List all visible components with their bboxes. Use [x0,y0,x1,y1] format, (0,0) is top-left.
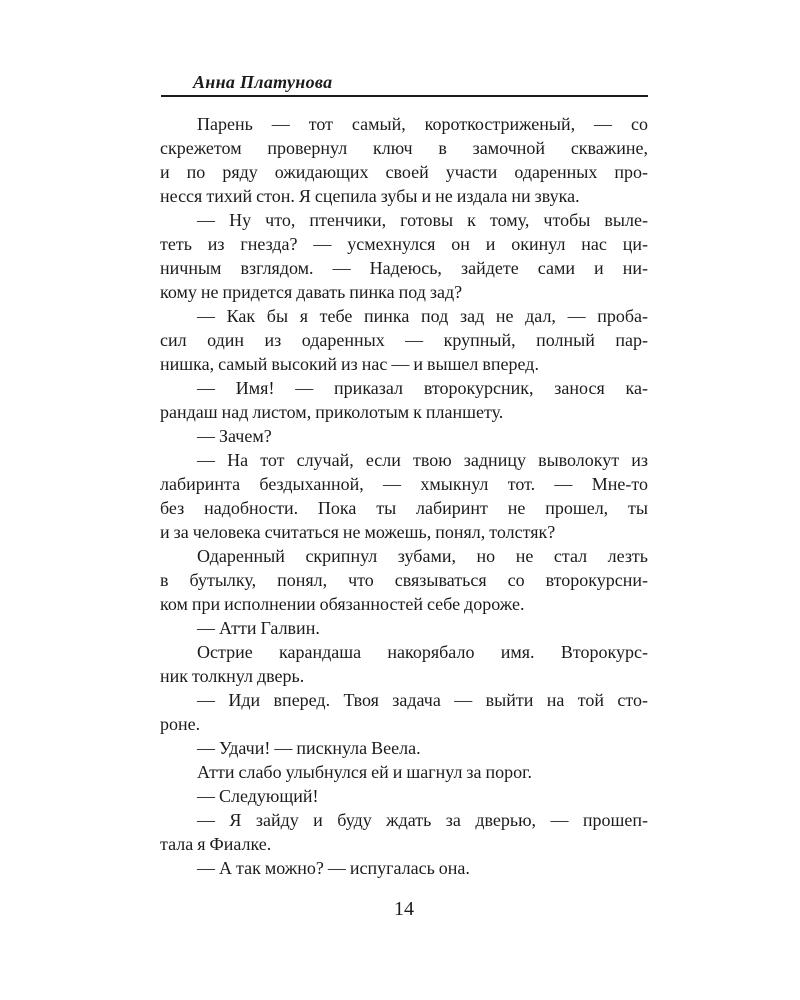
text-line: Одаренный скрипнул зубами, но не стал ле… [160,544,648,568]
text-line: — А так можно? — испугалась она. [160,856,648,880]
text-line: — Я зайду и буду ждать за дверью, — прош… [160,808,648,832]
paragraph: Одаренный скрипнул зубами, но не стал ле… [160,544,648,616]
author-name: Анна Платунова [193,72,332,93]
paragraph: — Зачем? [160,424,648,448]
header-rule [161,95,648,97]
paragraph: — На тот случай, если твою задницу вывол… [160,448,648,544]
paragraph: — Как бы я тебе пинка под зад не дал, — … [160,304,648,376]
paragraph: — Ну что, птенчики, готовы к тому, чтобы… [160,208,648,304]
text-line: кому не придется давать пинка под зад? [160,280,648,304]
text-line: рандаш над листом, приколотым к планшету… [160,400,648,424]
text-line: — Имя! — приказал второкурсник, занося к… [160,376,648,400]
text-line: Острие карандаша накорябало имя. Второку… [160,640,648,664]
text-line: роне. [160,712,648,736]
paragraph: Парень — тот самый, короткостриженый, — … [160,112,648,208]
paragraph: — Иди вперед. Твоя задача — выйти на той… [160,688,648,736]
paragraph: — Я зайду и буду ждать за дверью, — прош… [160,808,648,856]
body-text: Парень — тот самый, короткостриженый, — … [160,112,648,880]
text-line: тала я Фиалке. [160,832,648,856]
paragraph: — Имя! — приказал второкурсник, занося к… [160,376,648,424]
text-line: ник толкнул дверь. [160,664,648,688]
page-number: 14 [160,898,648,921]
paragraph: — Следующий! [160,784,648,808]
paragraph: — Удачи! — пискнула Веела. [160,736,648,760]
running-header: Анна Платунова [161,72,648,93]
paragraph: Острие карандаша накорябало имя. Второку… [160,640,648,688]
text-line: ком при исполнении обязанностей себе дор… [160,592,648,616]
text-line: без надобности. Пока ты лабиринт не прош… [160,496,648,520]
book-page: Анна Платунова Парень — тот самый, корот… [0,0,800,1000]
paragraph: Атти слабо улыбнулся ей и шагнул за поро… [160,760,648,784]
text-line: и по ряду ожидающих своей участи одаренн… [160,160,648,184]
text-line: — На тот случай, если твою задницу вывол… [160,448,648,472]
text-line: — Ну что, птенчики, готовы к тому, чтобы… [160,208,648,232]
text-line: сил один из одаренных — крупный, полный … [160,328,648,352]
text-line: нишка, самый высокий из нас — и вышел вп… [160,352,648,376]
paragraph: — А так можно? — испугалась она. [160,856,648,880]
text-line: теть из гнезда? — усмехнулся он и окинул… [160,232,648,256]
text-line: — Удачи! — пискнула Веела. [160,736,648,760]
text-line: — Следующий! [160,784,648,808]
text-line: — Иди вперед. Твоя задача — выйти на той… [160,688,648,712]
text-line: ничным взглядом. — Надеюсь, зайдете сами… [160,256,648,280]
paragraph: — Атти Галвин. [160,616,648,640]
text-line: лабиринта бездыханной, — хмыкнул тот. — … [160,472,648,496]
text-line: Атти слабо улыбнулся ей и шагнул за поро… [160,760,648,784]
text-line: — Атти Галвин. [160,616,648,640]
text-line: — Как бы я тебе пинка под зад не дал, — … [160,304,648,328]
text-line: Парень — тот самый, короткостриженый, — … [160,112,648,136]
text-line: скрежетом провернул ключ в замочной сква… [160,136,648,160]
text-line: — Зачем? [160,424,648,448]
text-line: и за человека считаться не можешь, понял… [160,520,648,544]
text-line: в бутылку, понял, что связываться со вто… [160,568,648,592]
text-line: несся тихий стон. Я сцепила зубы и не из… [160,184,648,208]
